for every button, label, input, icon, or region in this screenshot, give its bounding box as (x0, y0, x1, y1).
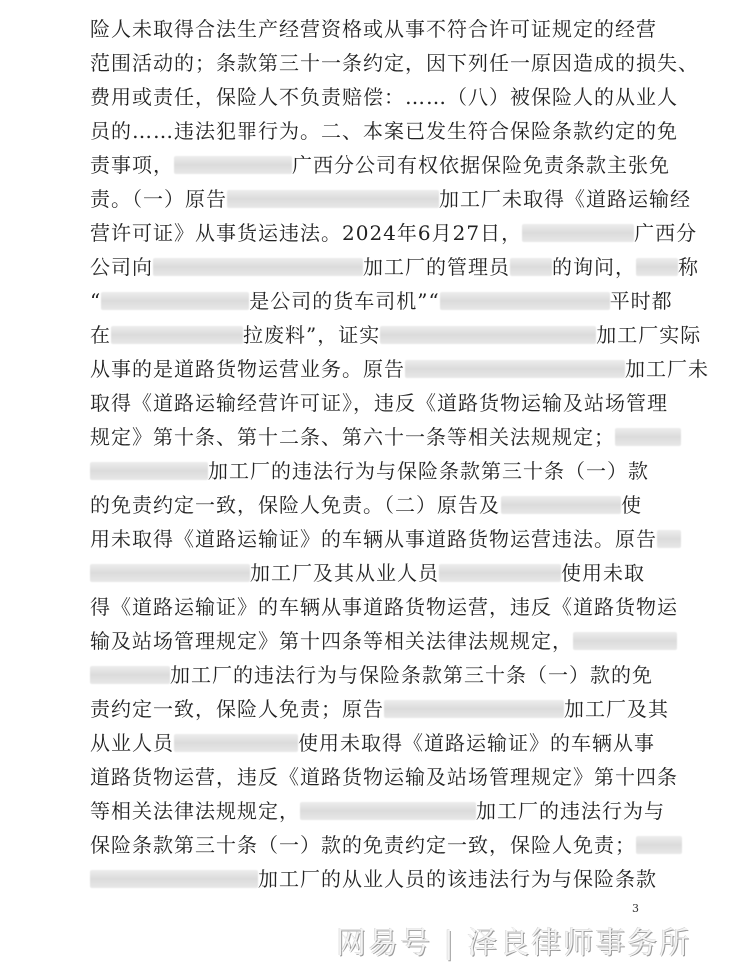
text-segment: 从业人员 (90, 728, 174, 758)
text-segment: 营许可证》从事货运违法。2024年6月27日， (90, 218, 522, 248)
redaction-block (522, 224, 634, 242)
redaction-block (440, 292, 610, 310)
document-line: 道路货物运营，违反《道路货物运输及站场管理规定》第十四条 (90, 762, 642, 792)
redaction-block (636, 836, 682, 854)
redaction-block (174, 734, 298, 752)
document-line: 用未取得《道路运输证》的车辆从事道路货物运营违法。原告 (90, 524, 642, 554)
text-segment: 加工厂实际 (596, 320, 701, 350)
document-line: 等相关法律法规规定，加工厂的违法行为与 (90, 796, 642, 826)
redaction-block (573, 632, 677, 650)
text-segment: 加工厂的违法行为与 (476, 796, 665, 826)
text-segment: 加工厂未取得《道路运输经 (439, 184, 691, 214)
page-number: 3 (632, 902, 639, 915)
redaction-block (501, 496, 621, 514)
text-segment: 得《道路运输证》的车辆从事道路货物运营，违反《道路货物运 (90, 592, 678, 622)
redaction-block (90, 462, 208, 480)
document-line: 责事项，广西分公司有权依据保险免责条款主张免 (90, 150, 642, 180)
document-line: 输及站场管理规定》第十四条等相关法律法规规定， (90, 626, 642, 656)
redaction-block (657, 530, 681, 548)
text-segment: 责。（一）原告 (90, 184, 227, 214)
document-line: 加工厂的违法行为与保险条款第三十条（一）款的免 (90, 660, 642, 690)
document-line: 加工厂及其从业人员使用未取 (90, 558, 642, 588)
text-segment: 加工厂及其 (564, 694, 669, 724)
redaction-block (405, 360, 625, 378)
document-line: “是公司的货车司机”“平时都 (90, 286, 642, 316)
document-line: 规定》第十条、第十二条、第六十一条等相关法规规定； (90, 422, 642, 452)
redaction-block (300, 802, 476, 820)
redaction-block (380, 326, 596, 344)
text-segment: 使用未取得《道路运输证》的车辆从事 (298, 728, 655, 758)
text-segment: 加工厂未 (625, 354, 709, 384)
redaction-block (384, 700, 564, 718)
document-line: 险人未取得合法生产经营资格或从事不符合许可证规定的经营 (90, 14, 642, 44)
document-line: 加工厂的违法行为与保险条款第三十条（一）款 (90, 456, 642, 486)
redaction-block (227, 190, 439, 208)
redaction-block (111, 326, 243, 344)
redaction-block (615, 428, 681, 446)
document-line: 从事的是道路货物运营业务。原告加工厂未 (90, 354, 642, 384)
text-segment: 责约定一致，保险人免责；原告 (90, 694, 384, 724)
text-segment: 用未取得《道路运输证》的车辆从事道路货物运营违法。原告 (90, 524, 657, 554)
text-segment: 的询问， (552, 252, 636, 282)
text-segment: 责事项， (90, 150, 174, 180)
text-segment: 加工厂的违法行为与保险条款第三十条（一）款的免 (170, 660, 653, 690)
document-line: 保险条款第三十条（一）款的免责约定一致，保险人免责； (90, 830, 642, 860)
text-segment: 员的……违法犯罪行为。二、本案已发生符合保险条款约定的免 (90, 116, 678, 146)
text-segment: 在 (90, 320, 111, 350)
redaction-block (153, 258, 363, 276)
redaction-block (90, 870, 258, 888)
text-segment: 取得《道路运输经营许可证》，违反《道路货物运输及站场管理 (90, 388, 668, 418)
text-segment: 从事的是道路货物运营业务。原告 (90, 354, 405, 384)
document-line: 加工厂的从业人员的该违法行为与保险条款 (90, 864, 642, 894)
text-segment: 范围活动的；条款第三十一条约定，因下列任一原因造成的损失、 (90, 48, 699, 78)
text-segment: 称 (678, 252, 699, 282)
document-line: 得《道路运输证》的车辆从事道路货物运营，违反《道路货物运 (90, 592, 642, 622)
text-segment: 险人未取得合法生产经营资格或从事不符合许可证规定的经营 (90, 14, 657, 44)
document-line: 营许可证》从事货运违法。2024年6月27日，广西分 (90, 218, 642, 248)
redaction-block (174, 156, 292, 174)
text-segment: 加工厂的从业人员的该违法行为与保险条款 (258, 864, 657, 894)
netease-watermark: 网易号 | 泽良律师事务所 (336, 918, 691, 962)
text-segment: 平时都 (610, 286, 673, 316)
redaction-block (90, 564, 250, 582)
document-line: 取得《道路运输经营许可证》，违反《道路货物运输及站场管理 (90, 388, 642, 418)
redaction-block (636, 258, 678, 276)
text-segment: 规定》第十条、第十二条、第六十一条等相关法规规定； (90, 422, 615, 452)
text-segment: 公司向 (90, 252, 153, 282)
redaction-block (439, 564, 561, 582)
text-segment: 费用或责任，保险人不负责赔偿：……（八）被保险人的从业人 (90, 82, 678, 112)
text-segment: 保险条款第三十条（一）款的免责约定一致，保险人免责； (90, 830, 636, 860)
text-segment: 的免责约定一致，保险人免责。（二）原告及 (90, 490, 500, 520)
text-segment: 拉废料”，证实 (243, 320, 380, 350)
document-line: 公司向加工厂的管理员的询问，称 (90, 252, 642, 282)
document-line: 费用或责任，保险人不负责赔偿：……（八）被保险人的从业人 (90, 82, 642, 112)
document-line: 在拉废料”，证实加工厂实际 (90, 320, 642, 350)
text-segment: 输及站场管理规定》第十四条等相关法律法规规定， (90, 626, 573, 656)
text-segment: “ (90, 286, 101, 316)
document-page: 险人未取得合法生产经营资格或从事不符合许可证规定的经营范围活动的；条款第三十一条… (0, 0, 732, 974)
document-line: 的免责约定一致，保险人免责。（二）原告及使 (90, 490, 642, 520)
document-line: 责约定一致，保险人免责；原告加工厂及其 (90, 694, 642, 724)
text-segment: 广西分 (634, 218, 697, 248)
text-segment: 加工厂的违法行为与保险条款第三十条（一）款 (208, 456, 649, 486)
text-segment: 加工厂的管理员 (363, 252, 510, 282)
text-segment: 是公司的货车司机”“ (249, 286, 439, 316)
text-segment: 加工厂及其从业人员 (250, 558, 439, 588)
document-line: 范围活动的；条款第三十一条约定，因下列任一原因造成的损失、 (90, 48, 642, 78)
document-line: 从业人员使用未取得《道路运输证》的车辆从事 (90, 728, 642, 758)
document-line: 责。（一）原告加工厂未取得《道路运输经 (90, 184, 642, 214)
document-line: 员的……违法犯罪行为。二、本案已发生符合保险条款约定的免 (90, 116, 642, 146)
redaction-block (101, 292, 249, 310)
text-segment: 使 (621, 490, 642, 520)
text-segment: 使用未取 (561, 558, 645, 588)
text-segment: 等相关法律法规规定， (90, 796, 300, 826)
redaction-block (510, 258, 552, 276)
text-segment: 道路货物运营，违反《道路货物运输及站场管理规定》第十四条 (90, 762, 678, 792)
redaction-block (90, 666, 170, 684)
text-segment: 广西分公司有权依据保险免责条款主张免 (292, 150, 670, 180)
